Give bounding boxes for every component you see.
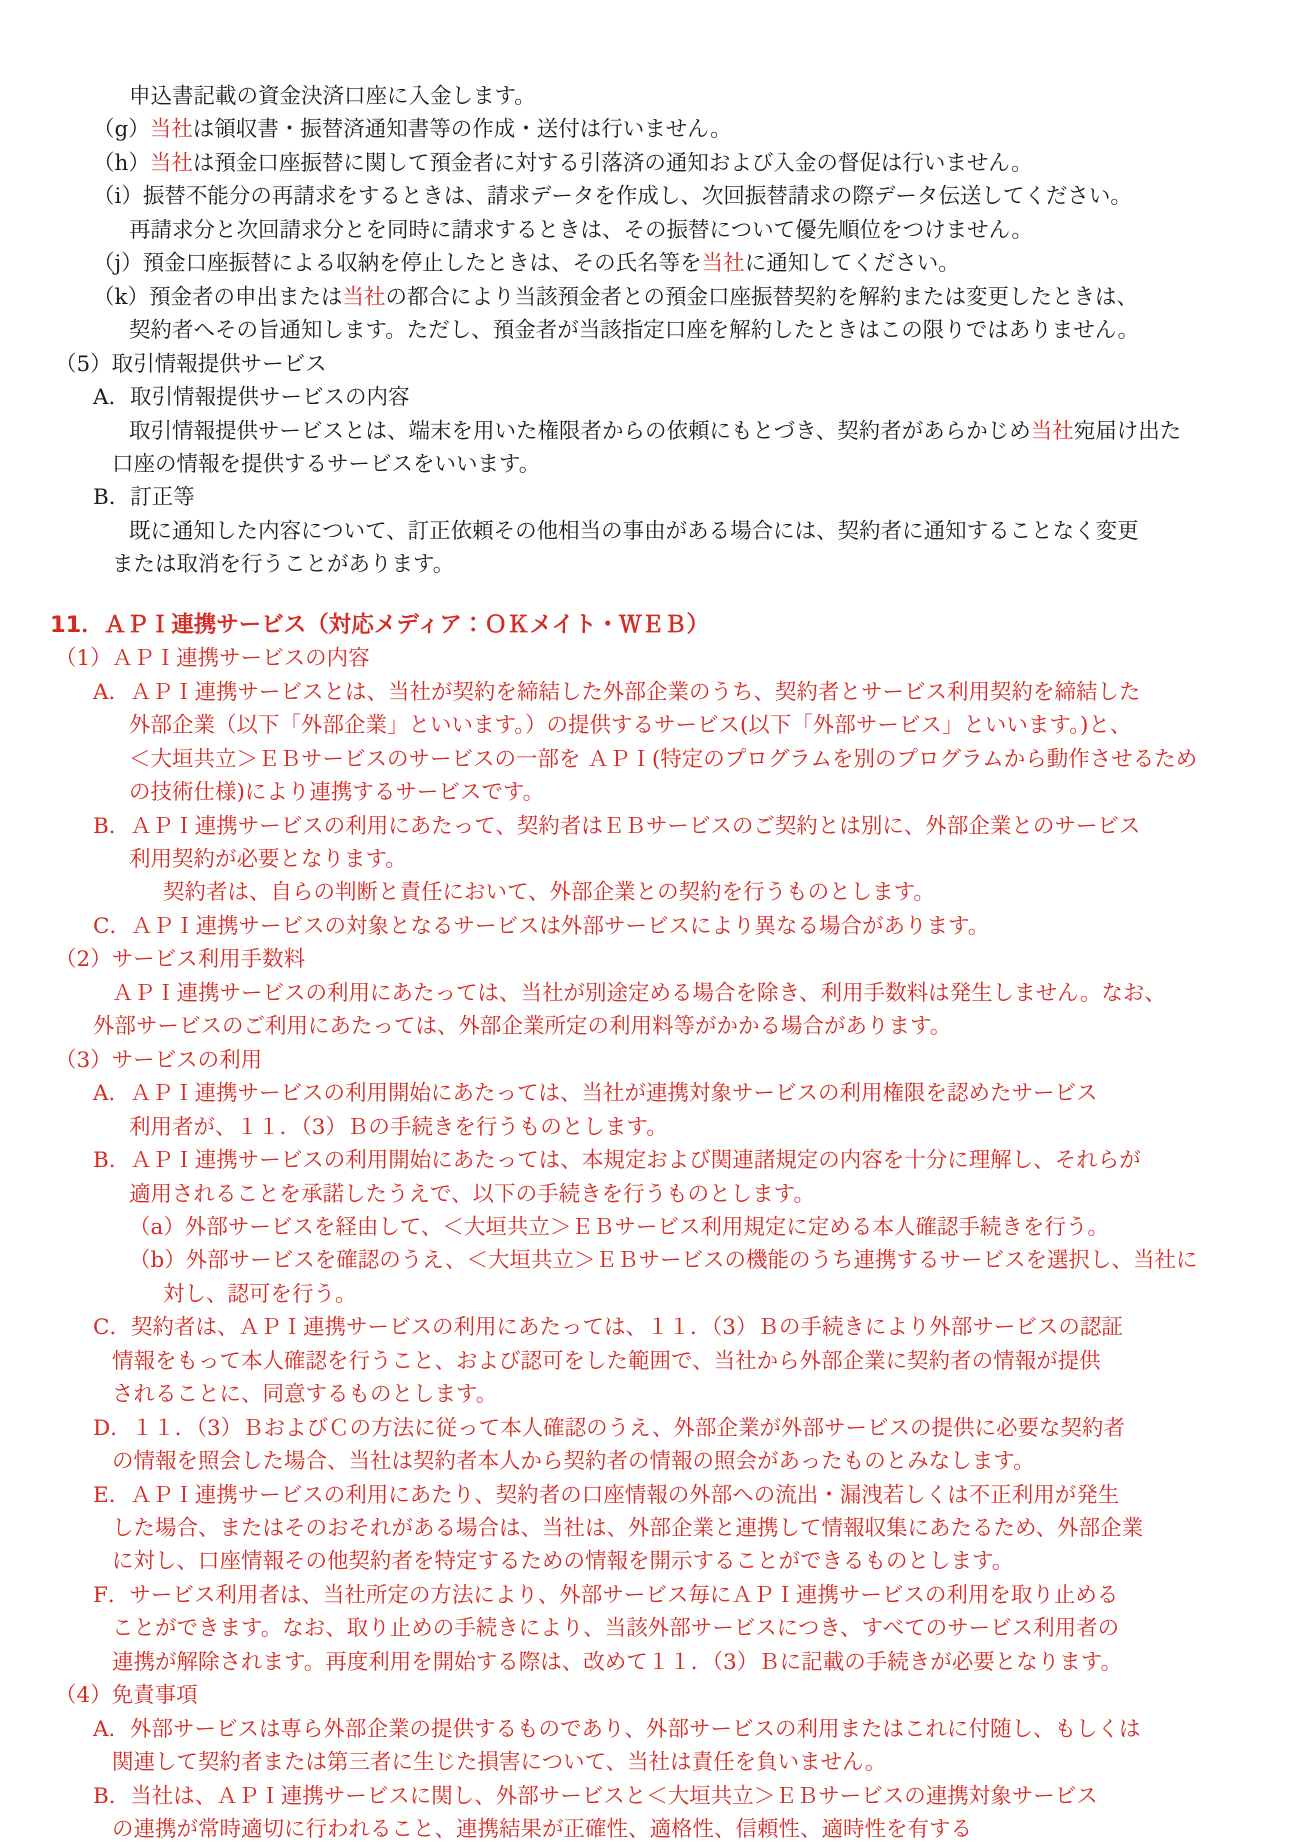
document-page: 申込書記載の資金決済口座に入金します。（g）当社は領収書・振替済通知書等の作成・… <box>0 0 1296 1843</box>
text-run: 取引情報提供サービスとは、端末を用いた権限者からの依頼にもとづき、契約者があらか… <box>129 419 1031 444</box>
document-line: B．訂正等 <box>93 481 1296 514</box>
document-line: （4）免責事項 <box>55 1679 1296 1712</box>
text-run: （i）振替不能分の再請求をするときは、請求データを作成し、次回振替請求の際データ… <box>93 184 1132 209</box>
document-line: （j）預金口座振替による収納を停止したときは、その氏名等を当社に通知してください… <box>93 247 1296 280</box>
document-line: 取引情報提供サービスとは、端末を用いた権限者からの依頼にもとづき、契約者があらか… <box>129 415 1296 448</box>
document-line: した場合、またはそのおそれがある場合は、当社は、外部企業と連携して情報収集にあた… <box>112 1512 1296 1545</box>
document-line: ＡＰＩ連携サービスの利用にあたっては、当社が別途定める場合を除き、利用手数料は発… <box>112 977 1296 1010</box>
text-run: D．１１．（3）ＢおよびＣの方法に従って本人確認のうえ、外部企業が外部サービスの… <box>93 1416 1125 1441</box>
text-run: （a）外部サービスを経由して、＜大垣共立＞ＥＢサービス利用規定に定める本人確認手… <box>129 1215 1109 1240</box>
document-line: 契約者へその旨通知します。ただし、預金者が当該指定口座を解約したときはこの限りで… <box>129 314 1296 347</box>
text-run: 11．ＡＰＩ連携サービス（対応メディア：ＯＫメイト・ＷＥＢ） <box>50 612 709 638</box>
document-line: 申込書記載の資金決済口座に入金します。 <box>129 80 1296 113</box>
text-run: 対し、認可を行う。 <box>163 1282 357 1307</box>
document-line: の連携が常時適切に行われること、連携結果が正確性、適格性、信頼性、適時性を有する <box>112 1813 1296 1843</box>
document-line: 関連して契約者または第三者に生じた損害について、当社は責任を負いません。 <box>112 1746 1296 1779</box>
document-line: C．契約者は、ＡＰＩ連携サービスの利用にあたっては、１１．（3）Ｂの手続きにより… <box>93 1311 1296 1344</box>
text-run: に対し、口座情報その他契約者を特定するための情報を開示することができるものとしま… <box>112 1549 1013 1574</box>
document-line: B．ＡＰＩ連携サービスの利用開始にあたっては、本規定および関連諸規定の内容を十分… <box>93 1144 1296 1177</box>
document-line: の情報を照会した場合、当社は契約者本人から契約者の情報の照会があったものとみなし… <box>112 1445 1296 1478</box>
document-line: 口座の情報を提供するサービスをいいます。 <box>112 448 1296 481</box>
text-run: の連携が常時適切に行われること、連携結果が正確性、適格性、信頼性、適時性を有する <box>112 1817 972 1842</box>
text-run: （g） <box>93 117 150 142</box>
highlighted-term: 当社 <box>150 151 193 176</box>
document-line: 適用されることを承諾したうえで、以下の手続きを行うものとします。 <box>129 1178 1296 1211</box>
text-run: に通知してください。 <box>745 251 960 276</box>
document-line: （5）取引情報提供サービス <box>55 348 1296 381</box>
text-run: 外部企業（以下「外部企業」といいます。）の提供するサービス(以下「外部サービス」… <box>129 713 1131 738</box>
text-run: 既に通知した内容について、訂正依頼その他相当の事由がある場合には、契約者に通知す… <box>129 519 1139 544</box>
document-line: B．ＡＰＩ連携サービスの利用にあたって、契約者はＥＢサービスのご契約とは別に、外… <box>93 810 1296 843</box>
text-run: 申込書記載の資金決済口座に入金します。 <box>129 84 536 109</box>
text-run: F．サービス利用者は、当社所定の方法により、外部サービス毎にＡＰＩ連携サービスの… <box>93 1583 1118 1608</box>
section-heading: 11．ＡＰＩ連携サービス（対応メディア：ＯＫメイト・ＷＥＢ） <box>50 609 1296 642</box>
document-line: （2）サービス利用手数料 <box>55 943 1296 976</box>
text-run: 宛届け出た <box>1074 419 1182 444</box>
text-run: の情報を照会した場合、当社は契約者本人から契約者の情報の照会があったものとみなし… <box>112 1449 1035 1474</box>
text-run: 利用者が、１１．（3）Ｂの手続きを行うものとします。 <box>129 1115 668 1140</box>
text-run: B．ＡＰＩ連携サービスの利用にあたって、契約者はＥＢサービスのご契約とは別に、外… <box>93 814 1140 839</box>
text-run: 情報をもって本人確認を行うこと、および認可をした範囲で、当社から外部企業に契約者… <box>112 1349 1101 1374</box>
document-line: 利用者が、１１．（3）Ｂの手続きを行うものとします。 <box>129 1111 1296 1144</box>
text-run: は領収書・振替済通知書等の作成・送付は行いません。 <box>193 117 732 142</box>
document-line: 既に通知した内容について、訂正依頼その他相当の事由がある場合には、契約者に通知す… <box>129 515 1296 548</box>
text-run: C．契約者は、ＡＰＩ連携サービスの利用にあたっては、１１．（3）Ｂの手続きにより… <box>93 1315 1123 1340</box>
highlighted-term: 当社 <box>702 251 745 276</box>
document-line: （h）当社は預金口座振替に関して預金者に対する引落済の通知および入金の督促は行い… <box>93 147 1296 180</box>
text-run: B．ＡＰＩ連携サービスの利用開始にあたっては、本規定および関連諸規定の内容を十分… <box>93 1148 1141 1173</box>
text-run: ＜大垣共立＞ＥＢサービスのサービスの一部を ＡＰＩ(特定のプログラムを別のプログ… <box>129 747 1197 772</box>
document-line: （g）当社は領収書・振替済通知書等の作成・送付は行いません。 <box>93 113 1296 146</box>
text-run: または取消を行うことがあります。 <box>112 552 454 577</box>
text-run: （4）免責事項 <box>55 1683 198 1708</box>
text-run: 関連して契約者または第三者に生じた損害について、当社は責任を負いません。 <box>112 1750 886 1775</box>
document-line: （a）外部サービスを経由して、＜大垣共立＞ＥＢサービス利用規定に定める本人確認手… <box>129 1211 1296 1244</box>
document-line: C．ＡＰＩ連携サービスの対象となるサービスは外部サービスにより異なる場合がありま… <box>93 910 1296 943</box>
text-run: （2）サービス利用手数料 <box>55 947 305 972</box>
document-line: A．取引情報提供サービスの内容 <box>93 381 1296 414</box>
document-line: されることに、同意するものとします。 <box>112 1378 1296 1411</box>
text-run: ＡＰＩ連携サービスの利用にあたっては、当社が別途定める場合を除き、利用手数料は発… <box>112 981 1166 1006</box>
text-run: の都合により当該預金者との預金口座振替契約を解約または変更したときは、 <box>386 285 1139 310</box>
text-run: 外部サービスのご利用にあたっては、外部企業所定の利用料等がかかる場合があります。 <box>93 1014 951 1039</box>
text-run: A．ＡＰＩ連携サービスとは、当社が契約を締結した外部企業のうち、契約者とサービス… <box>93 680 1141 705</box>
text-run: の技術仕様)により連携するサービスです。 <box>129 780 544 805</box>
document-line: （b）外部サービスを確認のうえ、＜大垣共立＞ＥＢサービスの機能のうち連携するサー… <box>129 1244 1296 1277</box>
text-run: C．ＡＰＩ連携サービスの対象となるサービスは外部サービスにより異なる場合がありま… <box>93 914 989 939</box>
document-line: 対し、認可を行う。 <box>163 1278 1296 1311</box>
document-line: E．ＡＰＩ連携サービスの利用にあたり、契約者の口座情報の外部への流出・漏洩若しく… <box>93 1479 1296 1512</box>
text-run: E．ＡＰＩ連携サービスの利用にあたり、契約者の口座情報の外部への流出・漏洩若しく… <box>93 1483 1119 1508</box>
document-line: 外部企業（以下「外部企業」といいます。）の提供するサービス(以下「外部サービス」… <box>129 709 1296 742</box>
text-run: 契約者は、自らの判断と責任において、外部企業との契約を行うものとします。 <box>163 880 935 905</box>
document-line: （k）預金者の申出または当社の都合により当該預金者との預金口座振替契約を解約また… <box>93 281 1296 314</box>
text-run: 契約者へその旨通知します。ただし、預金者が当該指定口座を解約したときはこの限りで… <box>129 318 1139 343</box>
text-run: 連携が解除されます。再度利用を開始する際は、改めて１１．（3）Ｂに記載の手続きが… <box>112 1650 1122 1675</box>
text-run: （h） <box>93 151 150 176</box>
highlighted-term: 当社 <box>343 285 386 310</box>
document-line: B．当社は、ＡＰＩ連携サービスに関し、外部サービスと＜大垣共立＞ＥＢサービスの連… <box>93 1780 1296 1813</box>
text-run: （b）外部サービスを確認のうえ、＜大垣共立＞ＥＢサービスの機能のうち連携するサー… <box>129 1248 1198 1273</box>
paragraph-spacer <box>0 582 1296 609</box>
document-line: （i）振替不能分の再請求をするときは、請求データを作成し、次回振替請求の際データ… <box>93 180 1296 213</box>
document-line: 利用契約が必要となります。 <box>129 843 1296 876</box>
text-run: （3）サービスの利用 <box>55 1048 262 1073</box>
text-run: （j）預金口座振替による収納を停止したときは、その氏名等を <box>93 251 702 276</box>
document-line: または取消を行うことがあります。 <box>112 548 1296 581</box>
document-line: （1）ＡＰＩ連携サービスの内容 <box>55 642 1296 675</box>
document-line: （3）サービスの利用 <box>55 1044 1296 1077</box>
document-line: 契約者は、自らの判断と責任において、外部企業との契約を行うものとします。 <box>163 876 1296 909</box>
document-line: 外部サービスのご利用にあたっては、外部企業所定の利用料等がかかる場合があります。 <box>93 1010 1296 1043</box>
text-run: 再請求分と次回請求分とを同時に請求するときは、その振替について優先順位をつけませ… <box>129 218 1033 243</box>
text-run: （k）預金者の申出または <box>93 285 343 310</box>
document-line: F．サービス利用者は、当社所定の方法により、外部サービス毎にＡＰＩ連携サービスの… <box>93 1579 1296 1612</box>
text-run: 口座の情報を提供するサービスをいいます。 <box>112 452 540 477</box>
highlighted-term: 当社 <box>150 117 193 142</box>
document-line: A．ＡＰＩ連携サービスの利用開始にあたっては、当社が連携対象サービスの利用権限を… <box>93 1077 1296 1110</box>
document-line: の技術仕様)により連携するサービスです。 <box>129 776 1296 809</box>
text-run: されることに、同意するものとします。 <box>112 1382 497 1407</box>
document-line: 情報をもって本人確認を行うこと、および認可をした範囲で、当社から外部企業に契約者… <box>112 1345 1296 1378</box>
document-line: 再請求分と次回請求分とを同時に請求するときは、その振替について優先順位をつけませ… <box>129 214 1296 247</box>
text-run: は預金口座振替に関して預金者に対する引落済の通知および入金の督促は行いません。 <box>193 151 1033 176</box>
document-line: ことができます。なお、取り止めの手続きにより、当該外部サービスにつき、すべてのサ… <box>112 1612 1296 1645</box>
document-line: A．外部サービスは専ら外部企業の提供するものであり、外部サービスの利用またはこれ… <box>93 1713 1296 1746</box>
text-run: （5）取引情報提供サービス <box>55 352 327 377</box>
text-run: 適用されることを承諾したうえで、以下の手続きを行うものとします。 <box>129 1182 815 1207</box>
text-run: A．外部サービスは専ら外部企業の提供するものであり、外部サービスの利用またはこれ… <box>93 1717 1141 1742</box>
text-run: 利用契約が必要となります。 <box>129 847 407 872</box>
document-line: に対し、口座情報その他契約者を特定するための情報を開示することができるものとしま… <box>112 1545 1296 1578</box>
document-line: 連携が解除されます。再度利用を開始する際は、改めて１１．（3）Ｂに記載の手続きが… <box>112 1646 1296 1679</box>
document-line: D．１１．（3）ＢおよびＣの方法に従って本人確認のうえ、外部企業が外部サービスの… <box>93 1412 1296 1445</box>
text-run: した場合、またはそのおそれがある場合は、当社は、外部企業と連携して情報収集にあた… <box>112 1516 1143 1541</box>
text-run: A．取引情報提供サービスの内容 <box>93 385 410 410</box>
document-line: A．ＡＰＩ連携サービスとは、当社が契約を締結した外部企業のうち、契約者とサービス… <box>93 676 1296 709</box>
text-run: B．当社は、ＡＰＩ連携サービスに関し、外部サービスと＜大垣共立＞ＥＢサービスの連… <box>93 1784 1098 1809</box>
text-run: A．ＡＰＩ連携サービスの利用開始にあたっては、当社が連携対象サービスの利用権限を… <box>93 1081 1098 1106</box>
text-run: （1）ＡＰＩ連携サービスの内容 <box>55 646 370 671</box>
document-line: ＜大垣共立＞ＥＢサービスのサービスの一部を ＡＰＩ(特定のプログラムを別のプログ… <box>129 743 1296 776</box>
text-run: ことができます。なお、取り止めの手続きにより、当該外部サービスにつき、すべてのサ… <box>112 1616 1119 1641</box>
text-run: B．訂正等 <box>93 485 195 510</box>
highlighted-term: 当社 <box>1031 419 1074 444</box>
